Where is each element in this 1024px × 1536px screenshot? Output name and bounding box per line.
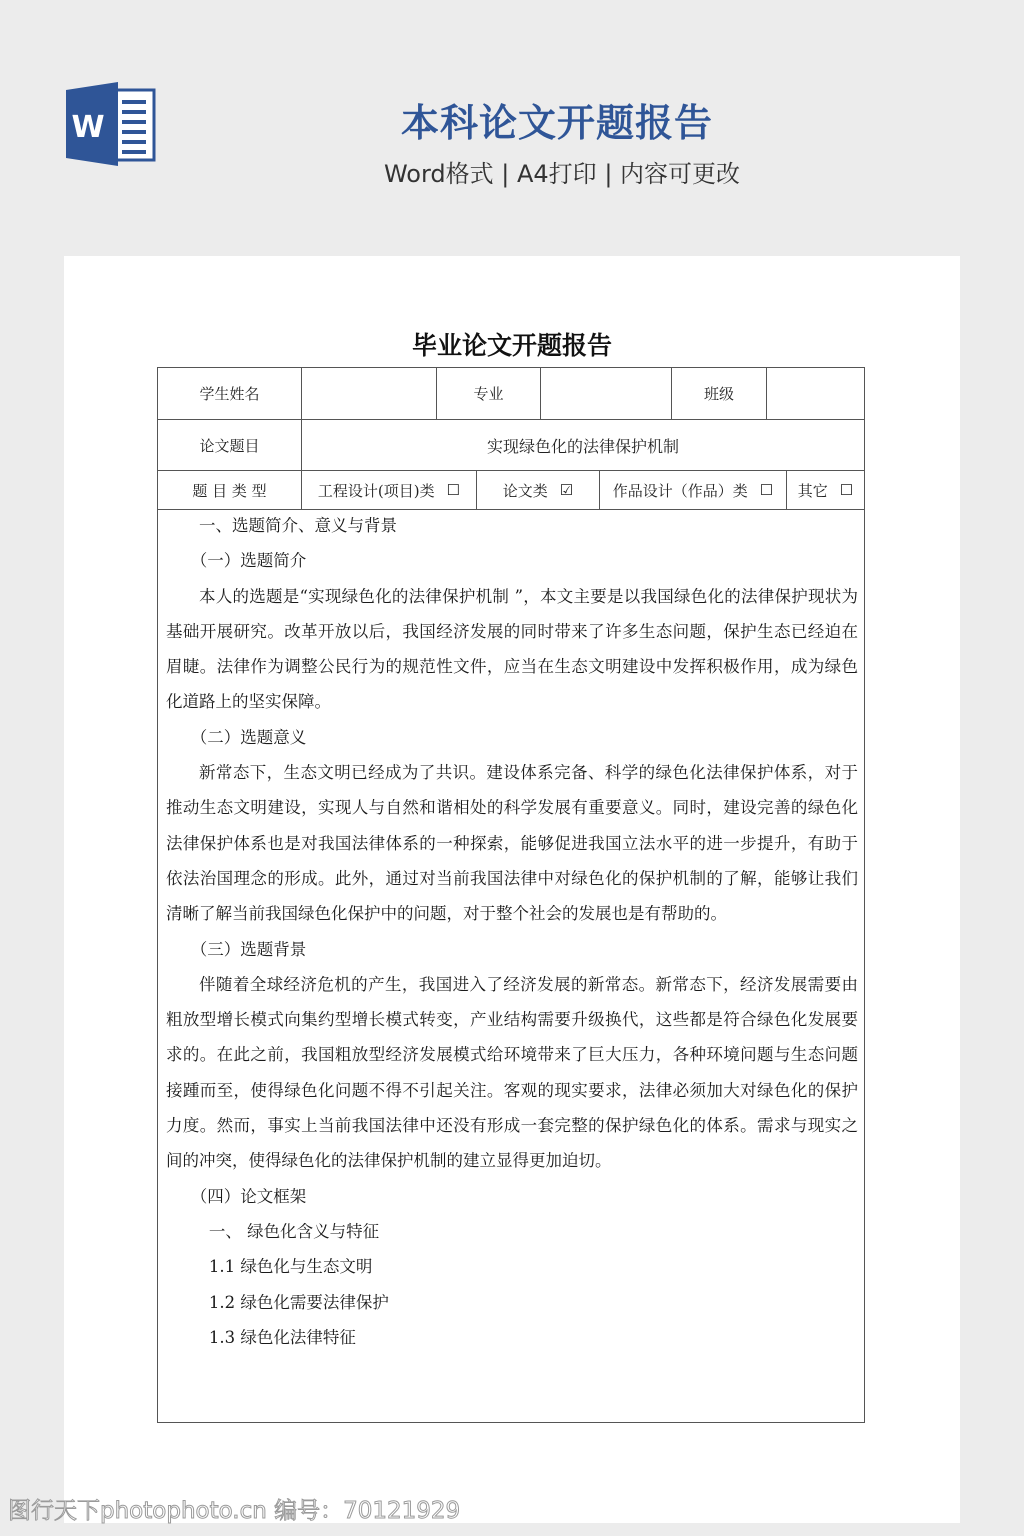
- option-work-design[interactable]: 作品设计（作品）类 ☐: [600, 471, 787, 509]
- form-row-topic-type: 题 目 类 型 工程设计(项目)类 ☐ 论文类 ☑ 作品设计（作品）类 ☐ 其它…: [158, 471, 864, 510]
- paragraph-significance: 新常态下，生态文明已经成为了共识。建设体系完备、科学的绿色化法律保护体系，对于推…: [166, 755, 858, 931]
- major-field[interactable]: [541, 368, 672, 419]
- class-label: 班级: [672, 368, 767, 419]
- paragraph-background: 伴随着全球经济危机的产生，我国进入了经济发展的新常态。新常态下，经济发展需要由粗…: [166, 967, 858, 1179]
- topic-field[interactable]: 实现绿色化的法律保护机制: [302, 420, 864, 470]
- subsection-heading-framework: （四）论文框架: [166, 1179, 858, 1214]
- banner-subtitle: Word格式 | A4打印 | 内容可更改: [0, 154, 1024, 189]
- checkbox-unchecked-icon[interactable]: ☐: [447, 481, 460, 499]
- subsection-heading-significance: （二）选题意义: [166, 720, 858, 755]
- option-label: 工程设计(项目)类: [318, 480, 435, 501]
- option-label: 作品设计（作品）类: [613, 480, 748, 501]
- banner-title: 本科论文开题报告: [0, 92, 1024, 147]
- proposal-body: 一、选题简介、意义与背景 （一）选题简介 本人的选题是“实现绿色化的法律保护机制…: [166, 508, 858, 1355]
- option-label: 其它: [798, 480, 828, 501]
- option-other[interactable]: 其它 ☐: [787, 471, 864, 509]
- topic-label: 论文题目: [158, 420, 302, 470]
- outline-item: 一、 绿色化含义与特征: [166, 1214, 858, 1249]
- proposal-form-table: 学生姓名 专业 班级 论文题目 实现绿色化的法律保护机制 题 目 类 型 工程设…: [157, 367, 865, 1423]
- checkbox-unchecked-icon[interactable]: ☐: [760, 481, 773, 499]
- form-row-topic: 论文题目 实现绿色化的法律保护机制: [158, 420, 864, 471]
- paragraph-intro: 本人的选题是“实现绿色化的法律保护机制 ”，本文主要是以我国绿色化的法律保护现状…: [166, 579, 858, 720]
- section-heading-1: 一、选题简介、意义与背景: [166, 508, 858, 543]
- document-title: 毕业论文开题报告: [0, 326, 1024, 362]
- subsection-heading-background: （三）选题背景: [166, 932, 858, 967]
- topic-type-label: 题 目 类 型: [158, 471, 302, 509]
- student-name-label: 学生姓名: [158, 368, 302, 419]
- subsection-heading-intro: （一）选题简介: [166, 543, 858, 578]
- major-label: 专业: [437, 368, 541, 419]
- checkbox-checked-icon[interactable]: ☑: [560, 481, 573, 499]
- student-name-field[interactable]: [302, 368, 437, 419]
- class-field[interactable]: [767, 368, 864, 419]
- outline-item: 1.1 绿色化与生态文明: [166, 1249, 858, 1284]
- option-thesis[interactable]: 论文类 ☑: [477, 471, 600, 509]
- outline-item: 1.3 绿色化法律特征: [166, 1320, 858, 1355]
- checkbox-unchecked-icon[interactable]: ☐: [840, 481, 853, 499]
- watermark-text: 图行天下photophoto.cn 编号：70121929: [8, 1492, 460, 1525]
- option-engineering-design[interactable]: 工程设计(项目)类 ☐: [302, 471, 477, 509]
- form-row-student-info: 学生姓名 专业 班级: [158, 368, 864, 420]
- outline-item: 1.2 绿色化需要法律保护: [166, 1285, 858, 1320]
- option-label: 论文类: [503, 480, 548, 501]
